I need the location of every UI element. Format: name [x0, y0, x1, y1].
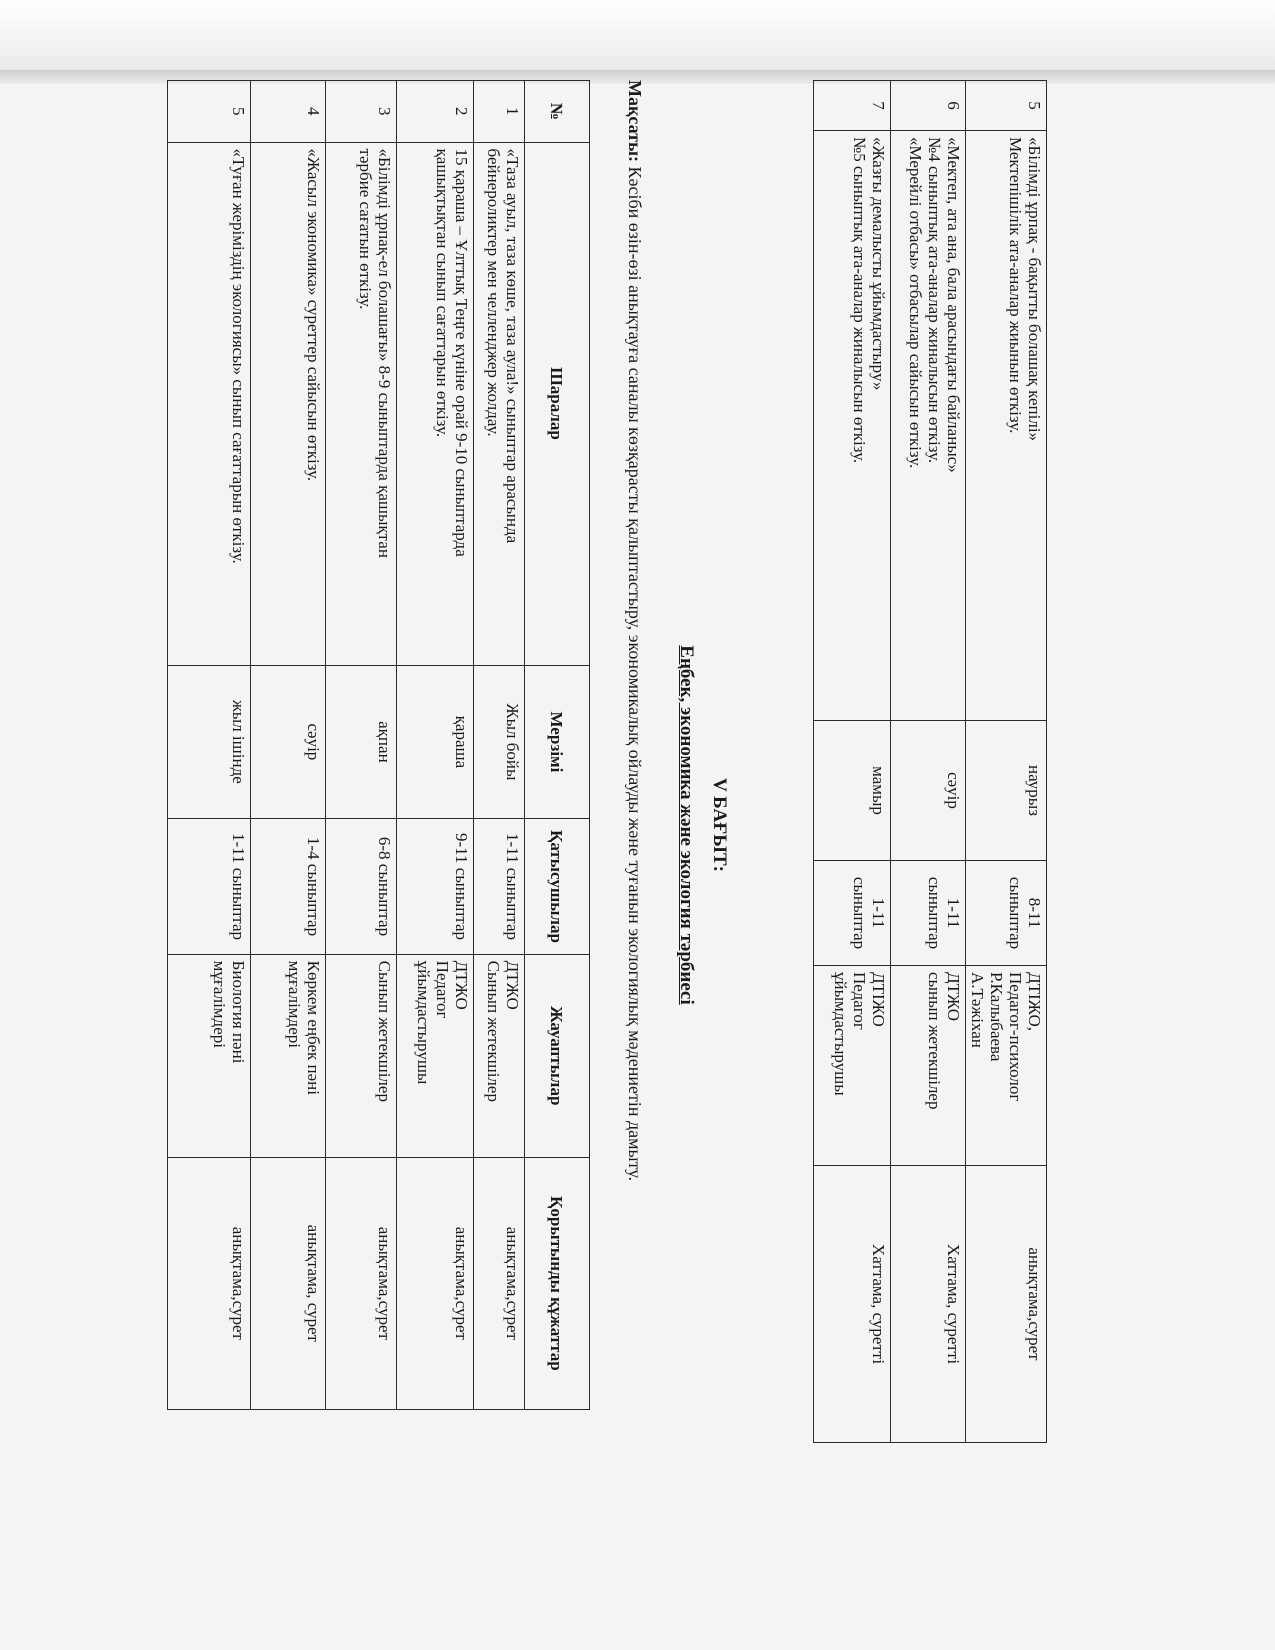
table-header-row: № Шаралар Мерзімі Қатысушылар Жауаптылар…	[525, 81, 590, 1410]
row-number: 7	[814, 81, 891, 131]
responsible-cell: ДТЖОСынып жетекшілер	[474, 954, 525, 1157]
participants-cell: 1-4 сыныптар	[251, 819, 326, 954]
table-row: 5«Білімді ұрпақ - бақытты болашақ кепілі…	[966, 81, 1047, 1443]
responsible-cell: Сынып жетекшілер	[326, 954, 397, 1157]
event-cell: «Мектеп, ата ана, бала арасындағы байлан…	[891, 131, 966, 721]
result-cell: анықтама,сурет	[326, 1157, 397, 1409]
table-row: 6«Мектеп, ата ана, бала арасындағы байла…	[891, 81, 966, 1443]
header-num: №	[525, 81, 590, 143]
responsible-cell: ДТЖОсынып жетекшілер	[891, 966, 966, 1166]
row-number: 5	[168, 81, 251, 143]
participants-cell: 8-11 сыныптар	[966, 861, 1047, 966]
term-cell: Жыл бойы	[474, 665, 525, 819]
participants-cell: 1-11 сыныптар	[891, 861, 966, 966]
row-number: 5	[966, 81, 1047, 131]
result-cell: анықтама, сурет	[251, 1157, 326, 1409]
responsible-cell: Биология пәнімұғалімдері	[168, 954, 251, 1157]
participants-cell: 9-11 сыныптар	[397, 819, 474, 954]
result-cell: Хаттама, суретті	[891, 1166, 966, 1443]
row-number: 1	[474, 81, 525, 143]
event-cell: «Жазғы демалысты ұйымдастыру»№5 сыныптық…	[814, 131, 891, 721]
goal-text: Кәсіби өзін-өзі анықтауға саналы көзқара…	[625, 162, 645, 1181]
row-number: 2	[397, 81, 474, 143]
plan-table: № Шаралар Мерзімі Қатысушылар Жауаптылар…	[167, 80, 590, 1410]
document-page: 5«Білімді ұрпақ - бақытты болашақ кепілі…	[0, 0, 1275, 1650]
responsible-cell: ДТІЖОПедагогұйымдастырушы	[814, 966, 891, 1166]
responsible-cell: ДТЖОПедагогұйымдастырушы	[397, 954, 474, 1157]
term-cell: мамыр	[814, 721, 891, 861]
event-cell: «Білімді ұрпақ - бақытты болашақ кепілі»…	[966, 131, 1047, 721]
responsible-cell: ДТІЖО,Педагог-психологР.КалыбаеваА.Тәжіх…	[966, 966, 1047, 1166]
section-goal: Мақсаты: Кәсіби өзін-өзі анықтауға санал…	[624, 80, 645, 1181]
section-title: V БАҒЫТ:	[708, 0, 730, 1650]
event-cell: «Таза ауыл, таза көше, таза аула!» сынып…	[474, 142, 525, 665]
header-term: Мерзімі	[525, 665, 590, 819]
term-cell: сәуір	[891, 721, 966, 861]
row-number: 4	[251, 81, 326, 143]
table-row: 3«Білімді ұрпақ-ел болашағы» 8-9 сыныпта…	[326, 81, 397, 1410]
result-cell: анықтама,сурет	[474, 1157, 525, 1409]
participants-cell: 1-11 сыныптар	[474, 819, 525, 954]
result-cell: Хаттама, суретті	[814, 1166, 891, 1443]
event-cell: 15 қараша – Ұлттық Теңге күніне орай 9-1…	[397, 142, 474, 665]
term-cell: сәуір	[251, 665, 326, 819]
result-cell: анықтама,сурет	[966, 1166, 1047, 1443]
header-event: Шаралар	[525, 142, 590, 665]
continued-table: 5«Білімді ұрпақ - бақытты болашақ кепілі…	[813, 80, 1047, 1443]
event-cell: «Білімді ұрпақ-ел болашағы» 8-9 сыныптар…	[326, 142, 397, 665]
section-subtitle: Еңбек, экономика және экология тәрбиесі	[675, 0, 697, 1650]
header-participants: Қатысушылар	[525, 819, 590, 954]
header-responsible: Жауаптылар	[525, 954, 590, 1157]
table-row: 4«Жасыл экономика» суреттер сайысын өткі…	[251, 81, 326, 1410]
event-cell: «Туған жеріміздің экологиясы» сынып саға…	[168, 142, 251, 665]
result-cell: анықтама,сурет	[397, 1157, 474, 1409]
term-cell: ақпан	[326, 665, 397, 819]
result-cell: анықтама,сурет	[168, 1157, 251, 1409]
table-row: 5«Туған жеріміздің экологиясы» сынып сағ…	[168, 81, 251, 1410]
participants-cell: 1-11 сыныптар	[814, 861, 891, 966]
table-row: 7«Жазғы демалысты ұйымдастыру»№5 сыныпты…	[814, 81, 891, 1443]
header-result: Қорытынды құжаттар	[525, 1157, 590, 1409]
row-number: 6	[891, 81, 966, 131]
term-cell: қараша	[397, 665, 474, 819]
goal-label: Мақсаты:	[625, 80, 645, 162]
event-cell: «Жасыл экономика» суреттер сайысын өткіз…	[251, 142, 326, 665]
responsible-cell: Көркем еңбек пәнімұғалімдері	[251, 954, 326, 1157]
term-cell: жыл ішінде	[168, 665, 251, 819]
table-row: 215 қараша – Ұлттық Теңге күніне орай 9-…	[397, 81, 474, 1410]
table-row: 1«Таза ауыл, таза көше, таза аула!» сыны…	[474, 81, 525, 1410]
participants-cell: 6-8 сыныптар	[326, 819, 397, 954]
term-cell: наурыз	[966, 721, 1047, 861]
participants-cell: 1-11 сыныптар	[168, 819, 251, 954]
row-number: 3	[326, 81, 397, 143]
